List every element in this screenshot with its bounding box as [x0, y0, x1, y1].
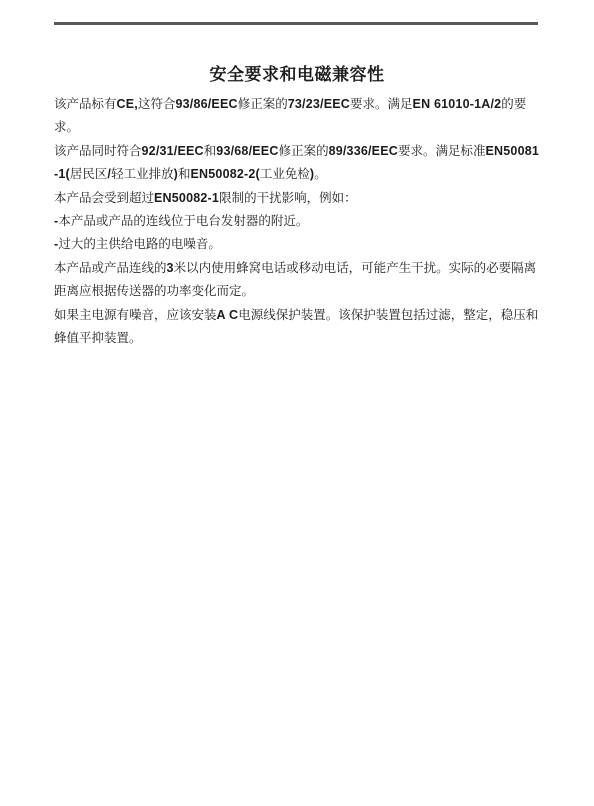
- bold-text-segment: 89/336/EEC: [329, 144, 398, 158]
- text-segment: 修正案的: [238, 97, 288, 111]
- bold-text-segment: EN 61010-1A/2: [413, 97, 502, 111]
- text-segment: 和: [178, 167, 191, 181]
- bold-text-segment: 93/68/EEC: [216, 144, 278, 158]
- text-segment: 居民区: [70, 167, 108, 181]
- paragraph: 该产品同时符合92/31/EEC和93/68/EEC修正案的89/336/EEC…: [54, 140, 542, 187]
- text-segment: 这符合: [138, 97, 176, 111]
- paragraph: 本产品或产品连线的3米以内使用蜂窝电话或移动电话，可能产生干扰。实际的必要隔离距…: [54, 257, 542, 304]
- document-page: 安全要求和电磁兼容性 该产品标有CE,这符合93/86/EEC修正案的73/23…: [0, 0, 594, 806]
- bold-text-segment: EN50082-1: [154, 191, 219, 205]
- bold-text-segment: A C: [217, 308, 239, 322]
- bold-text-segment: 73/23/EEC: [288, 97, 350, 111]
- bold-text-segment: 3: [167, 261, 174, 275]
- text-segment: 该产品同时符合: [54, 144, 142, 158]
- text-segment: 如果主电源有噪音，应该安装: [54, 308, 217, 322]
- text-segment: 本产品或产品的连线位于电台发射器的附近。: [58, 214, 308, 228]
- bold-text-segment: 92/31/EEC: [142, 144, 204, 158]
- paragraph: -本产品或产品的连线位于电台发射器的附近。: [54, 210, 542, 233]
- paragraph: 该产品标有CE,这符合93/86/EEC修正案的73/23/EEC要求。满足EN…: [54, 93, 542, 140]
- page-title: 安全要求和电磁兼容性: [54, 63, 540, 87]
- bold-text-segment: EN50082-2(: [191, 167, 260, 181]
- text-segment: 本产品或产品连线的: [54, 261, 167, 275]
- text-segment: 和: [204, 144, 217, 158]
- bold-text-segment: 93/86/EEC: [175, 97, 237, 111]
- paragraph: 本产品会受到超过EN50082-1限制的干扰影响，例如：: [54, 187, 542, 210]
- body-paragraphs: 该产品标有CE,这符合93/86/EEC修正案的73/23/EEC要求。满足EN…: [54, 93, 542, 350]
- text-segment: 轻工业排放: [111, 167, 174, 181]
- text-segment: 工业免检: [260, 167, 310, 181]
- text-segment: 限制的干扰影响，例如：: [219, 191, 357, 205]
- text-segment: 要求。满足: [350, 97, 413, 111]
- bold-text-segment: CE,: [117, 97, 138, 111]
- top-rule-divider: [54, 22, 538, 25]
- paragraph: 如果主电源有噪音，应该安装A C电源线保护装置。该保护装置包括过滤，整定，稳压和…: [54, 304, 542, 351]
- text-segment: 该产品标有: [54, 97, 117, 111]
- paragraph: -过大的主供给电路的电噪音。: [54, 233, 542, 256]
- text-segment: 过大的主供给电路的电噪音。: [58, 237, 221, 251]
- text-segment: 本产品会受到超过: [54, 191, 154, 205]
- text-segment: 要求。满足标准: [398, 144, 486, 158]
- text-segment: 。: [314, 167, 327, 181]
- text-segment: 修正案的: [279, 144, 329, 158]
